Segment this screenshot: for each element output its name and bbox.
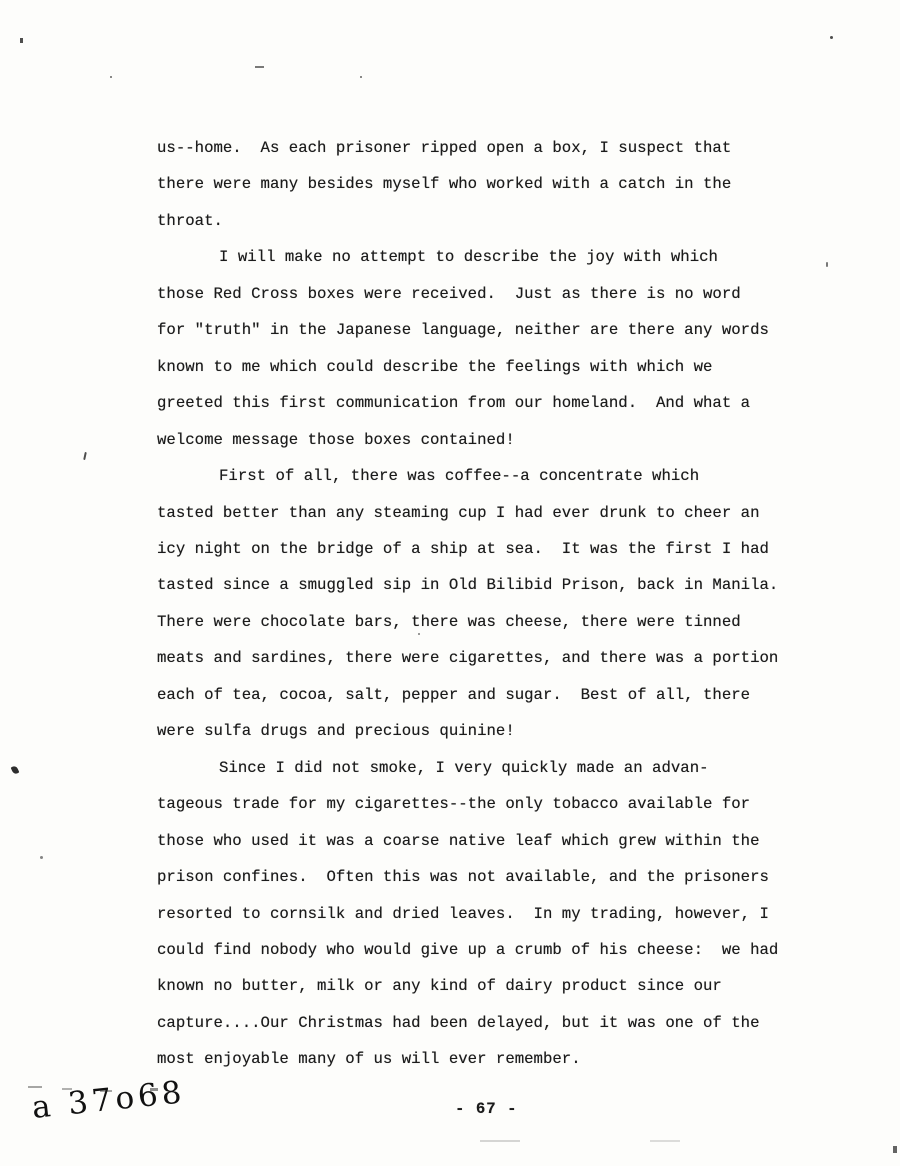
document-page: us--home. As each prisoner ripped open a… — [0, 0, 900, 1166]
scan-speck — [40, 856, 43, 859]
scan-speck — [100, 1090, 112, 1092]
paragraph: First of all, there was coffee--a concen… — [157, 458, 797, 750]
scan-speck — [650, 1140, 680, 1142]
scan-speck — [826, 262, 828, 267]
scan-speck — [150, 1088, 158, 1091]
scan-speck — [83, 452, 87, 460]
paragraph: us--home. As each prisoner ripped open a… — [157, 130, 797, 239]
scan-speck — [480, 1140, 520, 1142]
scan-speck — [893, 1146, 897, 1153]
paragraph: Since I did not smoke, I very quickly ma… — [157, 750, 797, 1078]
scan-speck — [360, 76, 362, 78]
scan-speck — [20, 38, 23, 43]
handwritten-archive-number: a 37o68 — [30, 1074, 187, 1126]
scan-speck — [255, 66, 264, 68]
scan-speck — [11, 765, 20, 775]
typed-text: us--home. As each prisoner ripped open a… — [157, 130, 797, 1078]
scan-speck — [418, 633, 420, 635]
scan-speck — [830, 36, 833, 39]
paragraph: I will make no attempt to describe the j… — [157, 239, 797, 458]
page-number: - 67 - — [455, 1100, 517, 1118]
scan-speck — [28, 1086, 42, 1088]
scan-speck — [62, 1088, 72, 1090]
scan-speck — [110, 76, 112, 78]
